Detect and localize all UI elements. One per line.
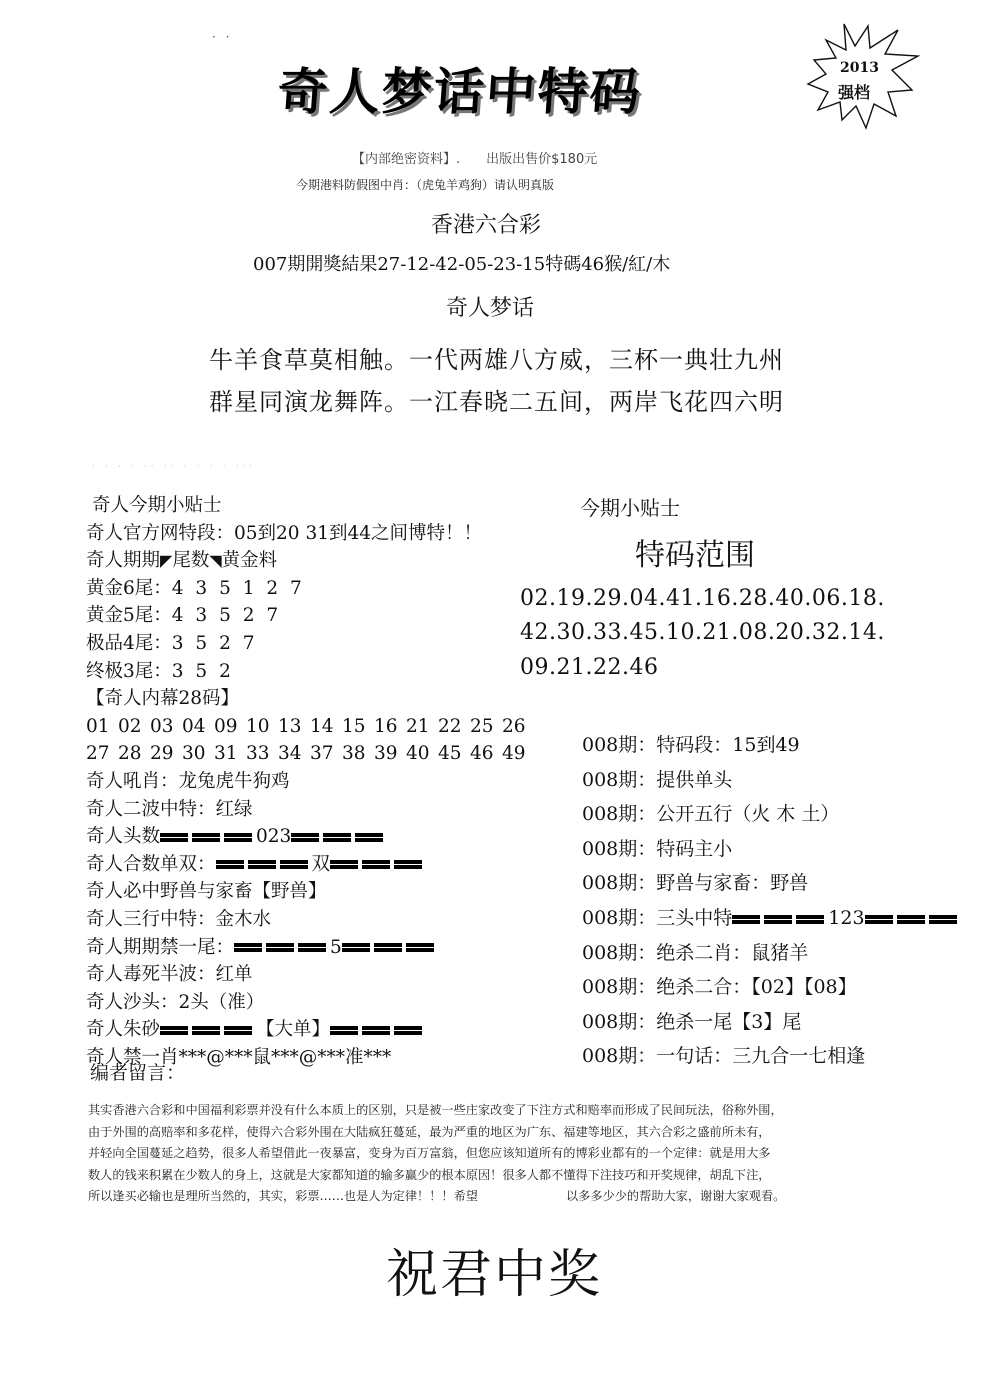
paragraph-fragment: 所以逢买必输也是理所当然的，其实，彩票……也是人为定律！！！希望 bbox=[88, 1189, 478, 1203]
period-label: 008期： bbox=[582, 769, 656, 791]
draw-result: 007期開獎結果27-12-42-05-23-15特碼46猴/紅/木 bbox=[253, 250, 670, 276]
price-text: 出版出售价$180元 bbox=[486, 152, 597, 167]
bar-decoration bbox=[330, 851, 426, 879]
tail-row: 极品4尾：3 5 2 7 bbox=[86, 630, 534, 658]
prediction-text: 提供单头 bbox=[656, 769, 732, 791]
prediction-text: 一句话：三九合一七相逢 bbox=[656, 1045, 865, 1067]
number: 28 bbox=[118, 740, 150, 768]
number: 37 bbox=[310, 740, 342, 768]
number: 16 bbox=[374, 713, 406, 741]
period-label: 008期： bbox=[582, 1045, 656, 1067]
bar-decoration bbox=[160, 823, 256, 851]
two-waves: 奇人二波中特：红绿 bbox=[86, 796, 534, 824]
number: 29 bbox=[150, 740, 182, 768]
number: 22 bbox=[438, 713, 470, 741]
bar-decoration bbox=[865, 902, 961, 937]
bar-decoration bbox=[216, 851, 312, 879]
right-tips-title: 今期小贴士 bbox=[580, 492, 680, 521]
prediction-item: 008期：特码段：15到49 bbox=[582, 728, 961, 763]
tail-heading-middle: 尾数 bbox=[172, 550, 209, 571]
badge-label: 强档 bbox=[838, 80, 870, 103]
prediction-text: 绝杀二合：【02】【08】 bbox=[656, 976, 856, 998]
number: 15 bbox=[342, 713, 374, 741]
decorative-dots: · · bbox=[212, 30, 232, 44]
head-numbers-label: 奇人头数 bbox=[86, 826, 160, 847]
tail-value: 4 3 5 1 2 7 bbox=[172, 578, 305, 599]
number: 04 bbox=[182, 713, 214, 741]
period-label: 008期： bbox=[582, 872, 656, 894]
poem-line-1: 牛羊食草莫相触。一代两雄八方威，三杯一典壮九州 bbox=[209, 340, 784, 375]
number: 45 bbox=[438, 740, 470, 768]
bar-decoration bbox=[160, 1016, 256, 1044]
number: 33 bbox=[246, 740, 278, 768]
prediction-item: 008期：三头中特123 bbox=[582, 901, 961, 936]
number: 31 bbox=[214, 740, 246, 768]
range-line-1: 02.19.29.04.41.16.28.40.06.18. bbox=[520, 586, 885, 611]
prediction-item: 008期：特码主小 bbox=[582, 832, 961, 867]
number: 21 bbox=[406, 713, 438, 741]
badge-starburst: 2013 强档 bbox=[800, 18, 930, 143]
sum-odd-even-value: 双 bbox=[312, 854, 331, 875]
editor-note-label: 编者留言： bbox=[90, 1058, 185, 1085]
number: 38 bbox=[342, 740, 374, 768]
inner-numbers-title: 【奇人内幕28码】 bbox=[86, 685, 534, 713]
paragraph-line-last: 所以逢买必输也是理所当然的，其实，彩票……也是人为定律！！！希望以多多少少的帮助… bbox=[88, 1186, 948, 1208]
paragraph-line: 由于外围的高赔率和多花样，使得六合彩外围在大陆疯狂蔓延，最为严重的地区为广东、福… bbox=[88, 1122, 948, 1144]
section-title-dream: 奇人梦话 bbox=[446, 291, 534, 322]
period-label: 008期： bbox=[582, 803, 656, 825]
number: 39 bbox=[374, 740, 406, 768]
number: 49 bbox=[502, 740, 534, 768]
period-label: 008期： bbox=[582, 734, 656, 756]
paragraph-line: 并轻向全国蔓延之趋势，很多人希望借此一夜暴富，变身为百万富翁，但您应该知道所有的… bbox=[88, 1143, 948, 1165]
period-label: 008期： bbox=[582, 838, 656, 860]
tail-heading-prefix: 奇人期期 bbox=[86, 550, 160, 571]
tail-row: 黄金6尾：4 3 5 1 2 7 bbox=[86, 575, 534, 603]
inner-numbers-row-1: 0102030409101314151621222526 bbox=[86, 713, 534, 741]
cinnabar: 奇人朱砂【大单】 bbox=[86, 1016, 534, 1044]
number: 14 bbox=[310, 713, 342, 741]
head-numbers: 奇人头数023 bbox=[86, 823, 534, 851]
tail-row: 终极3尾：3 5 2 bbox=[86, 658, 534, 686]
three-heads-value: 123 bbox=[828, 907, 864, 929]
ban-tail: 奇人期期禁一尾：5 bbox=[86, 934, 534, 962]
range-line-3: 09.21.22.46 bbox=[520, 655, 658, 680]
number: 10 bbox=[246, 713, 278, 741]
period-predictions: 008期：特码段：15到49 008期：提供单头 008期：公开五行（火 木 土… bbox=[582, 728, 961, 1074]
number: 25 bbox=[470, 713, 502, 741]
poison-half-wave: 奇人毒死半波：红单 bbox=[86, 961, 534, 989]
tail-label: 终极3尾： bbox=[86, 661, 172, 682]
range-line-2: 42.30.33.45.10.21.08.20.32.14. bbox=[520, 620, 885, 645]
number: 01 bbox=[86, 713, 118, 741]
internal-tag: 【内部绝密资料】. bbox=[352, 152, 460, 167]
editor-paragraph: 其实香港六合彩和中国福利彩票并没有什么本质上的区别，只是被一些庄家改变了下注方式… bbox=[88, 1100, 948, 1208]
prediction-text: 绝杀二肖：鼠猪羊 bbox=[656, 942, 808, 964]
paragraph-line: 数人的钱来积累在少数人的身上，这就是大家都知道的输多赢少的根本原因！很多人都不懂… bbox=[88, 1165, 948, 1187]
prediction-item: 008期：绝杀二肖：鼠猪羊 bbox=[582, 936, 961, 971]
official-segment: 奇人官方网特段：05到20 31到44之间博特！！ bbox=[86, 520, 534, 548]
prediction-text: 特码主小 bbox=[656, 838, 732, 860]
number: 02 bbox=[118, 713, 150, 741]
prediction-text: 特码段：15到49 bbox=[656, 734, 799, 756]
prediction-item: 008期：提供单头 bbox=[582, 763, 961, 798]
period-label: 008期： bbox=[582, 976, 656, 998]
prediction-item: 008期：绝杀二合：【02】【08】 bbox=[582, 970, 961, 1005]
paragraph-line: 其实香港六合彩和中国福利彩票并没有什么本质上的区别，只是被一些庄家改变了下注方式… bbox=[88, 1100, 948, 1122]
three-elements: 奇人三行中特：金木水 bbox=[86, 906, 534, 934]
corner-left-icon: ◤ bbox=[160, 551, 172, 570]
bar-decoration bbox=[291, 823, 387, 851]
number: 40 bbox=[406, 740, 438, 768]
subtitle-line-2: 今期港料防假图中肖：（虎兔羊鸡狗）请认明真版 bbox=[296, 176, 554, 193]
tail-value: 3 5 2 7 bbox=[172, 633, 258, 654]
inner-numbers-row-2: 2728293031333437383940454649 bbox=[86, 740, 534, 768]
bar-decoration bbox=[342, 934, 438, 962]
period-label: 008期： bbox=[582, 1011, 656, 1033]
roar-zodiac: 奇人吼肖：龙兔虎牛狗鸡 bbox=[86, 768, 534, 796]
number: 30 bbox=[182, 740, 214, 768]
three-heads-label: 三头中特 bbox=[656, 907, 732, 929]
sand-head: 奇人沙头：2头（准） bbox=[86, 989, 534, 1017]
number: 34 bbox=[278, 740, 310, 768]
sum-odd-even: 奇人合数单双：双 bbox=[86, 851, 534, 879]
head-numbers-value: 023 bbox=[256, 826, 291, 847]
tail-value: 4 3 5 2 7 bbox=[172, 605, 281, 626]
tail-heading: 奇人期期◤尾数◥黄金料 bbox=[86, 547, 534, 575]
number: 09 bbox=[214, 713, 246, 741]
prediction-item: 008期：公开五行（火 木 土） bbox=[582, 797, 961, 832]
poem-line-2: 群星同演龙舞阵。一江春晓二五间，两岸飞花四六明 bbox=[209, 382, 784, 417]
blessing: 祝君中奖 bbox=[386, 1232, 602, 1307]
tail-heading-suffix: 黄金料 bbox=[222, 550, 278, 571]
tail-label: 黄金6尾： bbox=[86, 578, 172, 599]
number: 13 bbox=[278, 713, 310, 741]
subtitle-line-1: 【内部绝密资料】.出版出售价$180元 bbox=[352, 148, 597, 167]
prediction-item: 008期：绝杀一尾【3】尾 bbox=[582, 1005, 961, 1040]
number: 03 bbox=[150, 713, 182, 741]
left-tips-title: 奇人今期小贴士 bbox=[86, 492, 534, 520]
paragraph-fragment: 以多多少少的帮助大家，谢谢大家观看。 bbox=[566, 1189, 785, 1203]
tail-label: 极品4尾： bbox=[86, 633, 172, 654]
bar-decoration bbox=[330, 1016, 426, 1044]
prediction-item: 008期：野兽与家畜：野兽 bbox=[582, 866, 961, 901]
faint-dotted-line: · · · · ·· ·· · · · · ··· bbox=[92, 462, 256, 471]
prediction-item: 008期：一句话：三九合一七相逢 bbox=[582, 1039, 961, 1074]
cinnabar-label: 奇人朱砂 bbox=[86, 1019, 160, 1040]
prediction-text: 公开五行（火 木 土） bbox=[656, 803, 839, 825]
corner-right-icon: ◥ bbox=[209, 551, 221, 570]
number: 26 bbox=[502, 713, 534, 741]
prediction-text: 野兽与家畜：野兽 bbox=[656, 872, 808, 894]
number: 46 bbox=[470, 740, 502, 768]
left-tips: 奇人今期小贴士 奇人官方网特段：05到20 31到44之间博特！！ 奇人期期◤尾… bbox=[86, 492, 534, 1071]
ban-tail-value: 5 bbox=[330, 937, 342, 958]
bar-decoration bbox=[234, 934, 330, 962]
tail-label: 黄金5尾： bbox=[86, 605, 172, 626]
tail-row: 黄金5尾：4 3 5 2 7 bbox=[86, 602, 534, 630]
ban-tail-label: 奇人期期禁一尾： bbox=[86, 937, 234, 958]
tail-value: 3 5 2 bbox=[172, 661, 234, 682]
period-label: 008期： bbox=[582, 942, 656, 964]
cinnabar-value: 【大单】 bbox=[256, 1019, 330, 1040]
prediction-text: 绝杀一尾【3】尾 bbox=[656, 1011, 801, 1033]
page-title: 奇人梦话中特码 bbox=[275, 52, 644, 124]
wild-domestic: 奇人必中野兽与家畜【野兽】 bbox=[86, 878, 534, 906]
bar-decoration bbox=[732, 902, 828, 937]
number: 27 bbox=[86, 740, 118, 768]
range-title: 特码范围 bbox=[635, 530, 755, 574]
period-label: 008期： bbox=[582, 907, 656, 929]
sum-odd-even-label: 奇人合数单双： bbox=[86, 854, 216, 875]
lottery-name: 香港六合彩 bbox=[431, 208, 541, 239]
badge-year: 2013 bbox=[840, 60, 879, 76]
